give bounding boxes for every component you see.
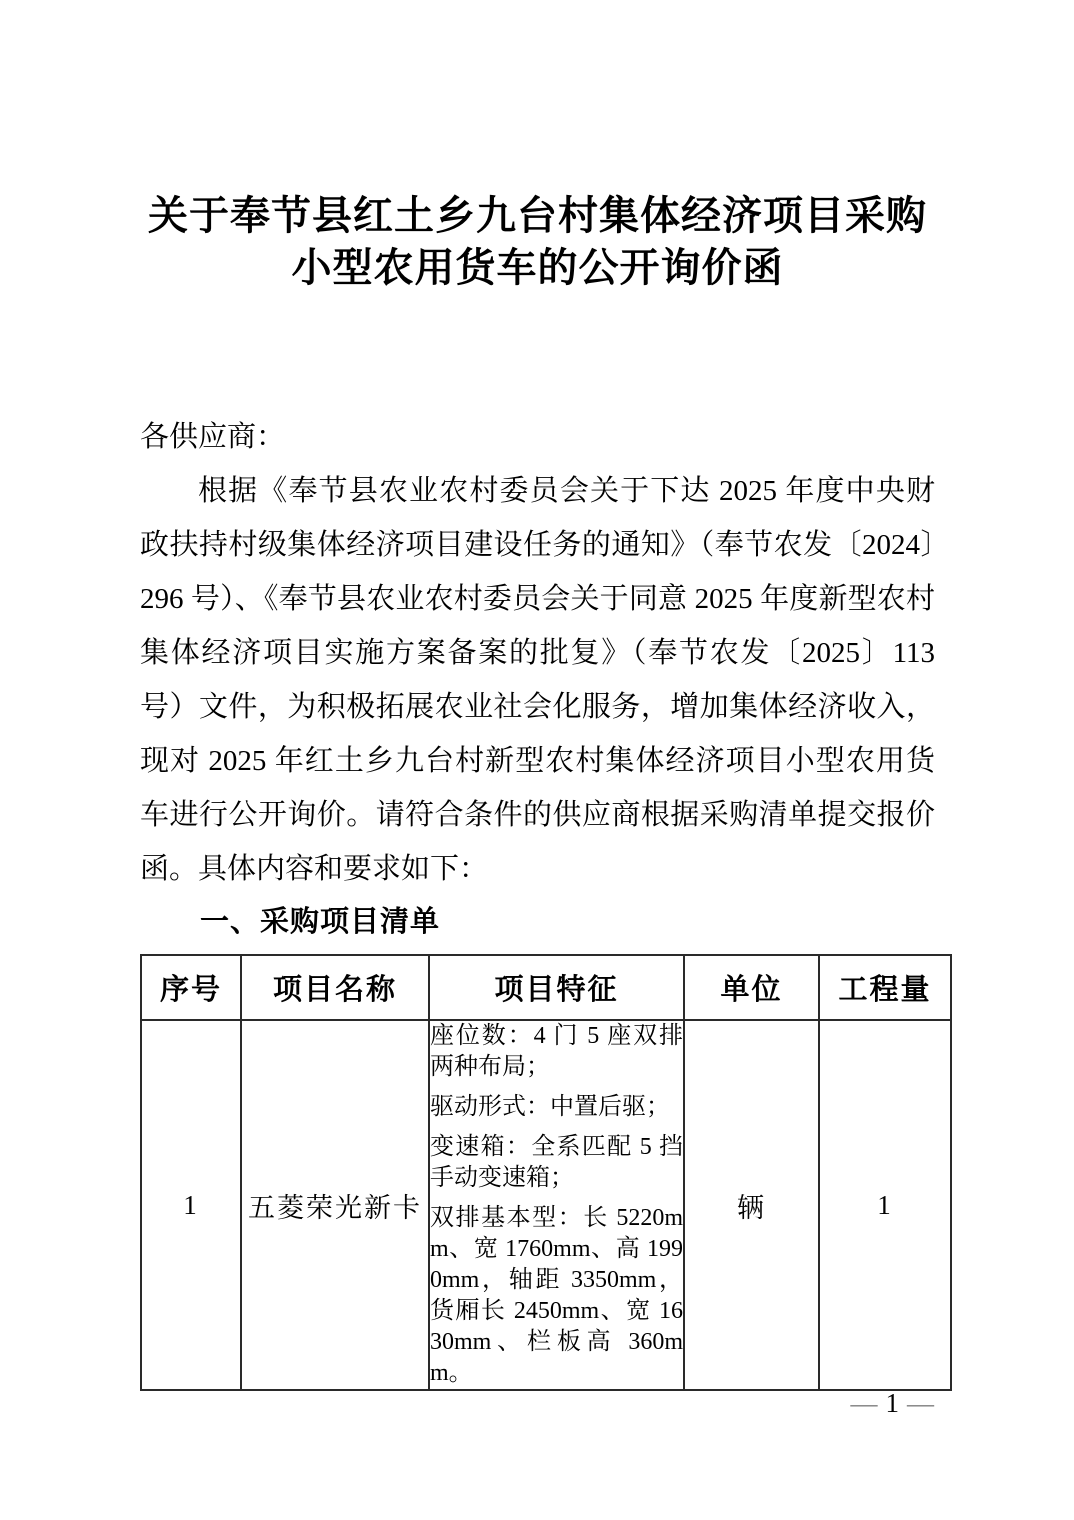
document-page: 关于奉节县红土乡九台村集体经济项目采购 小型农用货车的公开询价函 各供应商： 根… — [0, 0, 1074, 1520]
intro-paragraph: 根据《奉节县农业农村委员会关于下达 2025 年度中央财政扶持村级集体经济项目建… — [140, 464, 935, 896]
page-number: —1— — [845, 1388, 943, 1419]
title-line-1: 关于奉节县红土乡九台村集体经济项目采购 — [140, 190, 935, 242]
procurement-table: 序号 项目名称 项目特征 单位 工程量 1 五菱荣光新卡 座位数：4 门 5 座… — [140, 954, 952, 1391]
column-header-quantity: 工程量 — [819, 955, 951, 1020]
document-title: 关于奉节县红土乡九台村集体经济项目采购 小型农用货车的公开询价函 — [140, 0, 935, 294]
salutation: 各供应商： — [140, 410, 935, 464]
feature-item-seats: 座位数：4 门 5 座双排两种布局； — [430, 1021, 683, 1083]
table-header-row: 序号 项目名称 项目特征 单位 工程量 — [141, 955, 951, 1020]
feature-item-drive: 驱动形式：中置后驱； — [430, 1092, 683, 1123]
cell-quantity: 1 — [819, 1020, 951, 1390]
section-heading-procurement-list: 一、采购项目清单 — [140, 900, 935, 944]
cell-unit: 辆 — [684, 1020, 819, 1390]
cell-project-features: 座位数：4 门 5 座双排两种布局； 驱动形式：中置后驱； 变速箱：全系匹配 5… — [429, 1020, 684, 1390]
document-body: 各供应商： 根据《奉节县农业农村委员会关于下达 2025 年度中央财政扶持村级集… — [140, 410, 935, 896]
column-header-project-name: 项目名称 — [241, 955, 429, 1020]
column-header-unit: 单位 — [684, 955, 819, 1020]
feature-item-gearbox: 变速箱：全系匹配 5 挡手动变速箱； — [430, 1132, 683, 1194]
column-header-project-features: 项目特征 — [429, 955, 684, 1020]
table-row: 1 五菱荣光新卡 座位数：4 门 5 座双排两种布局； 驱动形式：中置后驱； 变… — [141, 1020, 951, 1390]
page-number-dash-left: — — [845, 1388, 886, 1418]
feature-item-dimensions: 双排基本型：长 5220mm、宽 1760mm、高 1990mm，轴距 3350… — [430, 1203, 683, 1389]
cell-seq: 1 — [141, 1020, 241, 1390]
page-number-dash-right: — — [901, 1388, 942, 1418]
page-number-value: 1 — [886, 1388, 902, 1418]
cell-project-name: 五菱荣光新卡 — [241, 1020, 429, 1390]
column-header-seq: 序号 — [141, 955, 241, 1020]
title-line-2: 小型农用货车的公开询价函 — [140, 242, 935, 294]
